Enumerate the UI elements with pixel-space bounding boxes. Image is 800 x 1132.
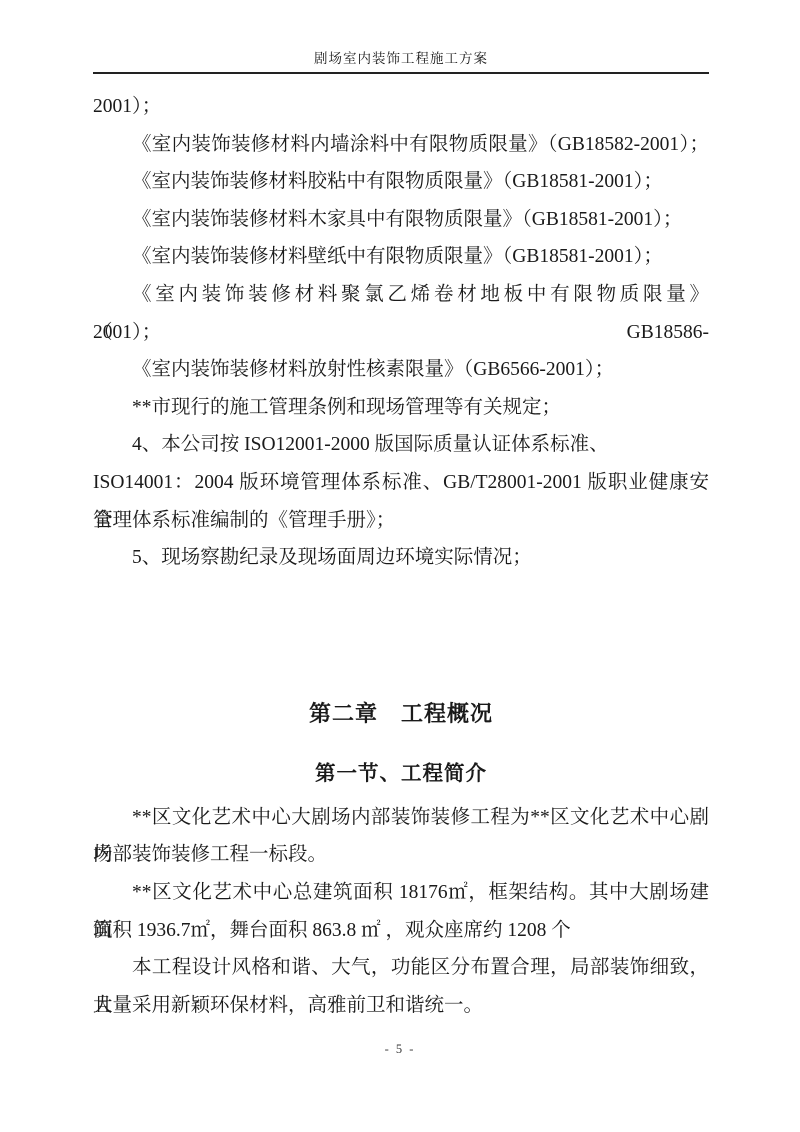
header-title: 剧场室内装饰工程施工方案 [314,51,488,66]
reference-line: 管理体系标准编制的《管理手册》； [93,502,709,540]
intro-line: **区文化艺术中心总建筑面积 18176㎡，框架结构。其中大剧场建筑 [93,874,709,912]
intro-line: 大量采用新颖环保材料，高雅前卫和谐统一。 [93,987,709,1025]
page-footer: - 5 - [0,1042,800,1057]
reference-line: 《室内装饰装修材料聚氯乙烯卷材地板中有限物质限量》（GB18586- [93,276,709,314]
reference-line: 《室内装饰装修材料胶粘中有限物质限量》（GB18581-2001）； [93,163,709,201]
intro-line: 面积 1936.7㎡，舞台面积 863.8 ㎡ ，观众座席约 1208 个 [93,912,709,950]
reference-line: ISO14001：2004 版环境管理体系标准、GB/T28001-2001 版… [93,464,709,502]
reference-line: 《室内装饰装修材料放射性核素限量》（GB6566-2001）； [93,351,709,389]
reference-line: 《室内装饰装修材料内墙涂料中有限物质限量》（GB18582-2001）； [93,126,709,164]
reference-line: **市现行的施工管理条例和现场管理等有关规定； [93,389,709,427]
section-heading: 第一节、工程简介 [93,755,709,793]
reference-line: 2001）； [93,88,709,126]
page-header: 剧场室内装饰工程施工方案 [93,50,709,74]
document-body: 2001）； 《室内装饰装修材料内墙涂料中有限物质限量》（GB18582-200… [93,88,709,1024]
intro-line: 内部装饰装修工程一标段。 [93,836,709,874]
page-number: - 5 - [385,1042,416,1056]
intro-section: **区文化艺术中心大剧场内部装饰装修工程为**区文化艺术中心剧场 内部装饰装修工… [93,799,709,1025]
intro-line: 本工程设计风格和谐、大气，功能区分布置合理，局部装饰细致，且 [93,949,709,987]
reference-line: 5、现场察勘纪录及现场面周边环境实际情况； [93,539,709,577]
chapter-heading: 第二章 工程概况 [93,695,709,733]
reference-line: 《室内装饰装修材料木家具中有限物质限量》（GB18581-2001）； [93,201,709,239]
document-page: 剧场室内装饰工程施工方案 2001）； 《室内装饰装修材料内墙涂料中有限物质限量… [0,0,800,1132]
intro-line: **区文化艺术中心大剧场内部装饰装修工程为**区文化艺术中心剧场 [93,799,709,837]
reference-line: 《室内装饰装修材料壁纸中有限物质限量》（GB18581-2001）； [93,238,709,276]
reference-line: 4、本公司按 ISO12001-2000 版国际质量认证体系标准、 [93,426,709,464]
